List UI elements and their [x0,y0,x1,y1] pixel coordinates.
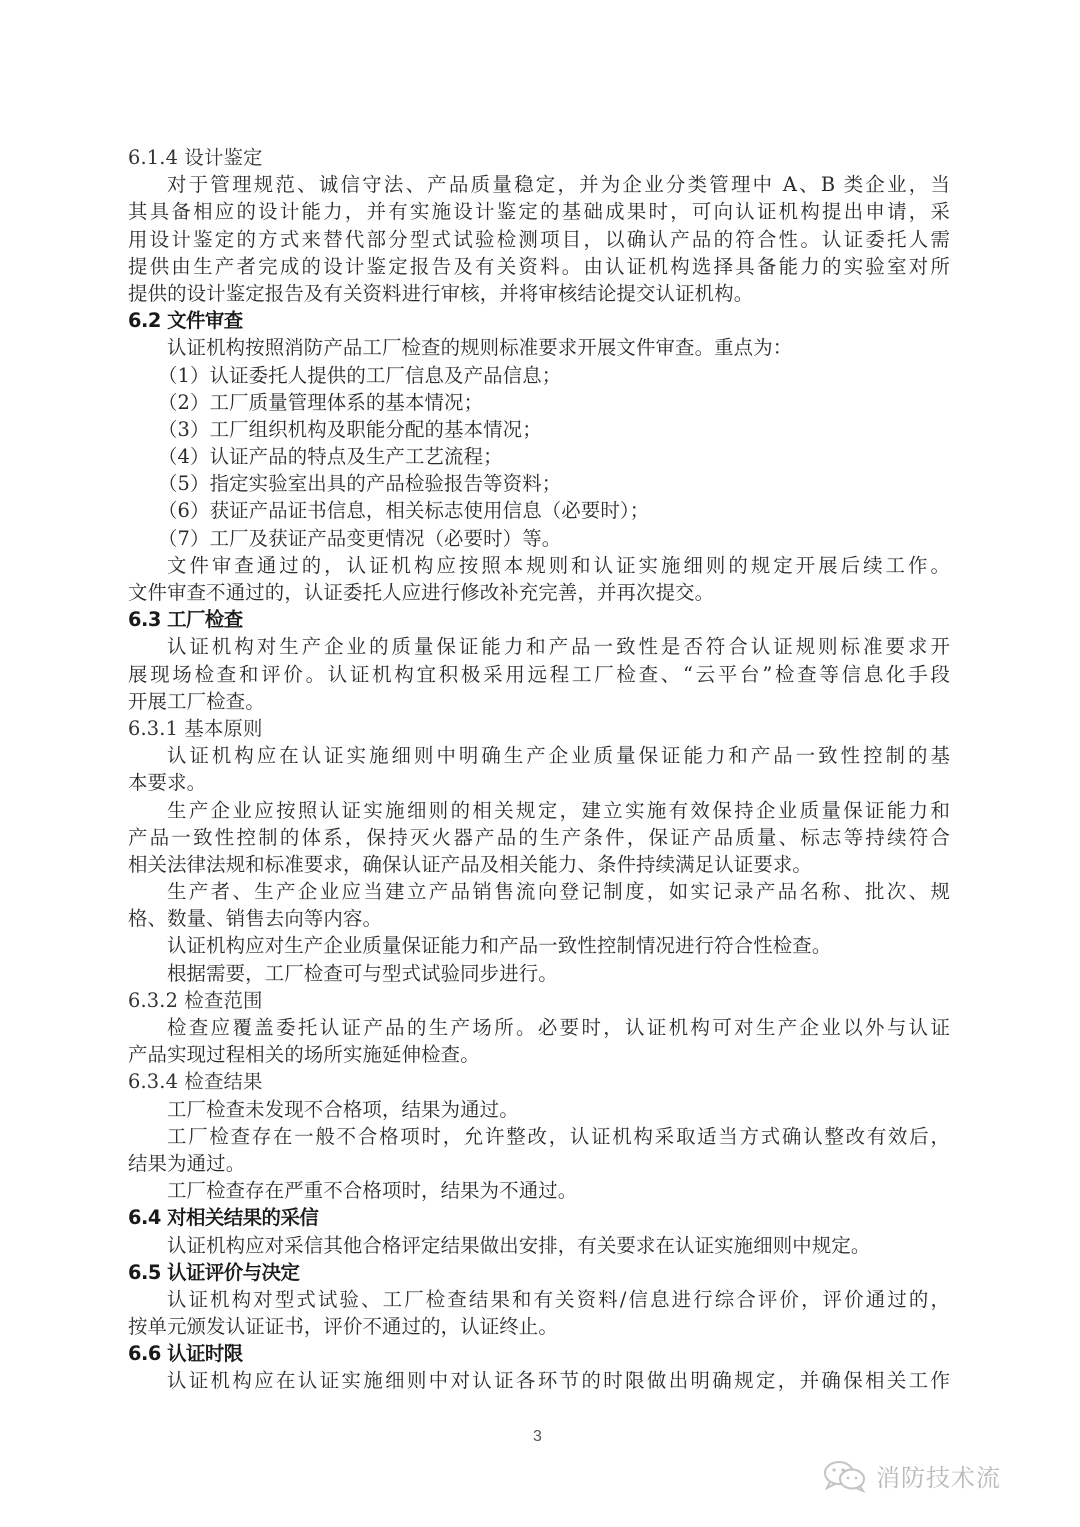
paragraph-line: 产品实现过程相关的场所实施延伸检查。 [128,1041,950,1068]
paragraph-line: 生产者、生产企业应当建立产品销售流向登记制度，如实记录产品名称、批次、规 [128,878,950,905]
list-item: （3）工厂组织机构及职能分配的基本情况； [128,416,950,443]
paragraph-line: 生产企业应按照认证实施细则的相关规定，建立实施有效保持企业质量保证能力和 [128,797,950,824]
paragraph-line: 根据需要，工厂检查可与型式试验同步进行。 [128,960,950,987]
paragraph-line: 相关法律法规和标准要求，确保认证产品及相关能力、条件持续满足认证要求。 [128,851,950,878]
paragraph-line: 提供由生产者完成的设计鉴定报告及有关资料。由认证机构选择具备能力的实验室对所 [128,253,950,280]
paragraph-line: 认证机构对型式试验、工厂检查结果和有关资料/信息进行综合评价，评价通过的， [128,1286,950,1313]
paragraph-line: 用设计鉴定的方式来替代部分型式试验检测项目，以确认产品的符合性。认证委托人需 [128,226,950,253]
section-heading: 6.2 文件审查 [128,307,950,334]
paragraph-line: 工厂检查存在一般不合格项时，允许整改，认证机构采取适当方式确认整改有效后， [128,1123,950,1150]
wechat-icon [822,1459,868,1493]
list-item: （7）工厂及获证产品变更情况（必要时）等。 [128,525,950,552]
subsection-heading: 6.3.2 检查范围 [128,987,950,1014]
paragraph-line: 检查应覆盖委托认证产品的生产场所。必要时，认证机构可对生产企业以外与认证 [128,1014,950,1041]
subsection-heading: 6.3.1 基本原则 [128,715,950,742]
paragraph-line: 文件审查不通过的，认证委托人应进行修改补充完善，并再次提交。 [128,579,950,606]
paragraph-line: 开展工厂检查。 [128,688,950,715]
list-item: （1）认证委托人提供的工厂信息及产品信息； [128,362,950,389]
section-heading: 6.6 认证时限 [128,1340,950,1367]
section-heading: 6.4 对相关结果的采信 [128,1204,950,1231]
paragraph-line: 认证机构应在认证实施细则中明确生产企业质量保证能力和产品一致性控制的基 [128,742,950,769]
paragraph-line: 认证机构应在认证实施细则中对认证各环节的时限做出明确规定，并确保相关工作 [128,1367,950,1394]
paragraph-line: 展现场检查和评价。认证机构宜积极采用远程工厂检查、“云平台”检查等信息化手段 [128,661,950,688]
list-item: （6）获证产品证书信息，相关标志使用信息（必要时）； [128,497,950,524]
list-item: （5）指定实验室出具的产品检验报告等资料； [128,470,950,497]
paragraph-line: 产品一致性控制的体系，保持灭火器产品的生产条件，保证产品质量、标志等持续符合 [128,824,950,851]
list-item: （4）认证产品的特点及生产工艺流程； [128,443,950,470]
paragraph-line: 认证机构按照消防产品工厂检查的规则标准要求开展文件审查。重点为： [128,334,950,361]
watermark: 消防技术流 [822,1458,1001,1493]
document-page: 6.1.4 设计鉴定对于管理规范、诚信守法、产品质量稳定，并为企业分类管理中 A… [128,144,950,1395]
list-item: （2）工厂质量管理体系的基本情况； [128,389,950,416]
page-number: 3 [533,1428,542,1446]
paragraph-line: 提供的设计鉴定报告及有关资料进行审核，并将审核结论提交认证机构。 [128,280,950,307]
paragraph-line: 本要求。 [128,769,950,796]
subsection-heading: 6.3.4 检查结果 [128,1068,950,1095]
paragraph-line: 结果为通过。 [128,1150,950,1177]
section-heading: 6.3 工厂检查 [128,606,950,633]
paragraph-line: 认证机构应对采信其他合格评定结果做出安排，有关要求在认证实施细则中规定。 [128,1232,950,1259]
paragraph-line: 认证机构对生产企业的质量保证能力和产品一致性是否符合认证规则标准要求开 [128,633,950,660]
paragraph-line: 文件审查通过的，认证机构应按照本规则和认证实施细则的规定开展后续工作。 [128,552,950,579]
section-heading: 6.5 认证评价与决定 [128,1259,950,1286]
subsection-heading: 6.1.4 设计鉴定 [128,144,950,171]
paragraph-line: 对于管理规范、诚信守法、产品质量稳定，并为企业分类管理中 A、B 类企业，当 [128,171,950,198]
paragraph-line: 工厂检查存在严重不合格项时，结果为不通过。 [128,1177,950,1204]
paragraph-line: 认证机构应对生产企业质量保证能力和产品一致性控制情况进行符合性检查。 [128,932,950,959]
watermark-text: 消防技术流 [876,1458,1001,1493]
paragraph-line: 其具备相应的设计能力，并有实施设计鉴定的基础成果时，可向认证机构提出申请，采 [128,198,950,225]
paragraph-line: 格、数量、销售去向等内容。 [128,905,950,932]
paragraph-line: 按单元颁发认证证书，评价不通过的，认证终止。 [128,1313,950,1340]
paragraph-line: 工厂检查未发现不合格项，结果为通过。 [128,1096,950,1123]
